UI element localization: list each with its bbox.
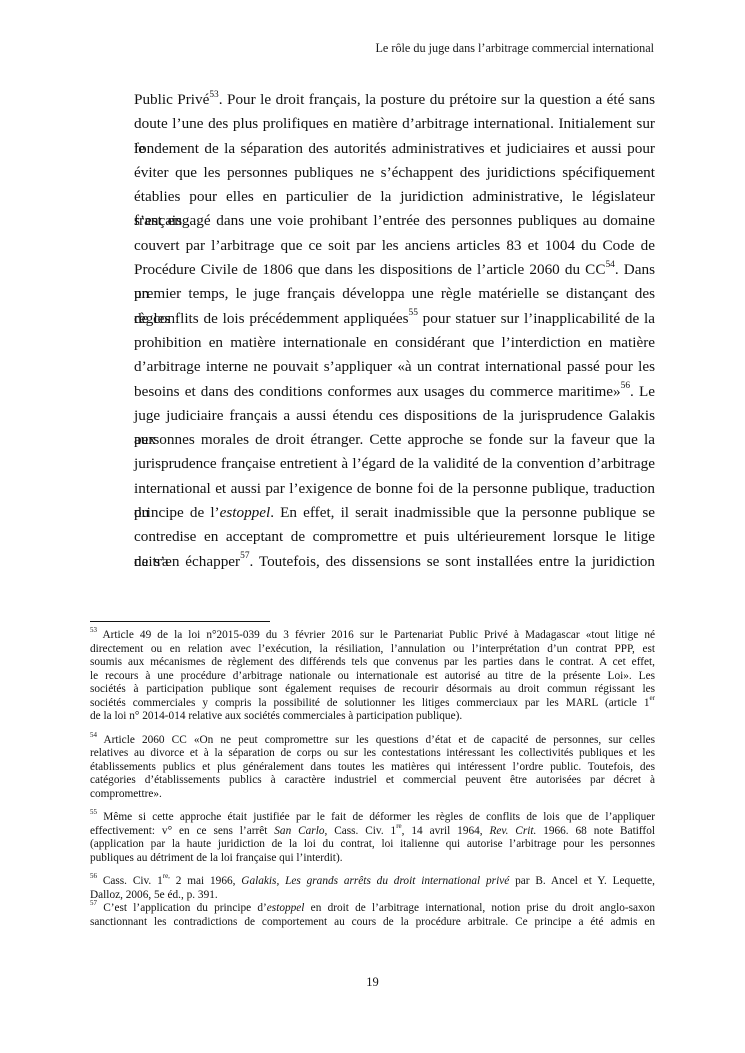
body-line: personnes morales de droit étranger. Cet… [134,428,655,452]
footnote-54: 54 Article 2060 CC «On ne peut compromet… [90,734,655,802]
body-line: d’arbitrage interne ne pouvait s’appliqu… [134,355,655,379]
footnote-ref-56[interactable]: 56 [621,381,630,391]
footnote-57: 57 C’est l’application du principe d’est… [90,902,655,929]
footnote-separator [90,621,270,622]
footnote-ref-57[interactable]: 57 [240,551,249,561]
footnote-53: 53 Article 49 de la loi n°2015-039 du 3 … [90,629,655,724]
body-line: établies pour elles en particulier de la… [134,185,655,209]
italic-term: estoppel [220,504,271,521]
body-line: juge judiciaire français a aussi étendu … [134,404,655,428]
document-page: Le rôle du juge dans l’arbitrage commerc… [0,0,745,1053]
footnote-number: 57 [90,899,97,907]
footnote-number: 53 [90,626,97,634]
body-line: prohibition en matière internationale en… [134,331,655,355]
footnote-number: 54 [90,731,97,739]
footnote-56: 56 Cass. Civ. 1re, 2 mai 1966, Galakis, … [90,875,655,902]
footnote-ref-53[interactable]: 53 [209,90,218,100]
footnote-ref-55[interactable]: 55 [408,308,417,318]
body-line: fondement de la séparation des autorités… [134,137,655,161]
body-line: besoins et dans des conditions conformes… [134,380,655,404]
body-line: couvert par l’arbitrage que ce soit par … [134,234,655,258]
body-line: s’est engagé dans une voie prohibant l’e… [134,209,655,233]
footnote-number: 55 [90,808,97,816]
footnote-55: 55 Même si cette approche était justifié… [90,811,655,865]
body-paragraph: Public Privé53. Pour le droit français, … [134,88,655,574]
body-line: principe de l’estoppel. En effet, il ser… [134,501,655,525]
footnote-number: 56 [90,872,97,880]
body-line: éviter que les personnes publiques ne s’… [134,161,655,185]
body-line: de s’en échapper57. Toutefois, des disse… [134,550,655,574]
footnotes: 53 Article 49 de la loi n°2015-039 du 3 … [90,629,655,929]
body-line: jurisprudence française entretient à l’é… [134,452,655,476]
footnote-ref-54[interactable]: 54 [605,260,614,270]
running-header: Le rôle du juge dans l’arbitrage commerc… [375,40,654,56]
body-line: international et aussi par l’exigence de… [134,477,655,501]
body-line: Procédure Civile de 1806 que dans les di… [134,258,655,282]
body-line: premier temps, le juge français développ… [134,282,655,306]
page-number: 19 [0,975,745,990]
body-line: contredise en acceptant de compromettre … [134,525,655,549]
body-line: de conflits de lois précédemment appliqu… [134,307,655,331]
body-line: doute l’une des plus prolifiques en mati… [134,112,655,136]
body-line: Public Privé53. Pour le droit français, … [134,88,655,112]
